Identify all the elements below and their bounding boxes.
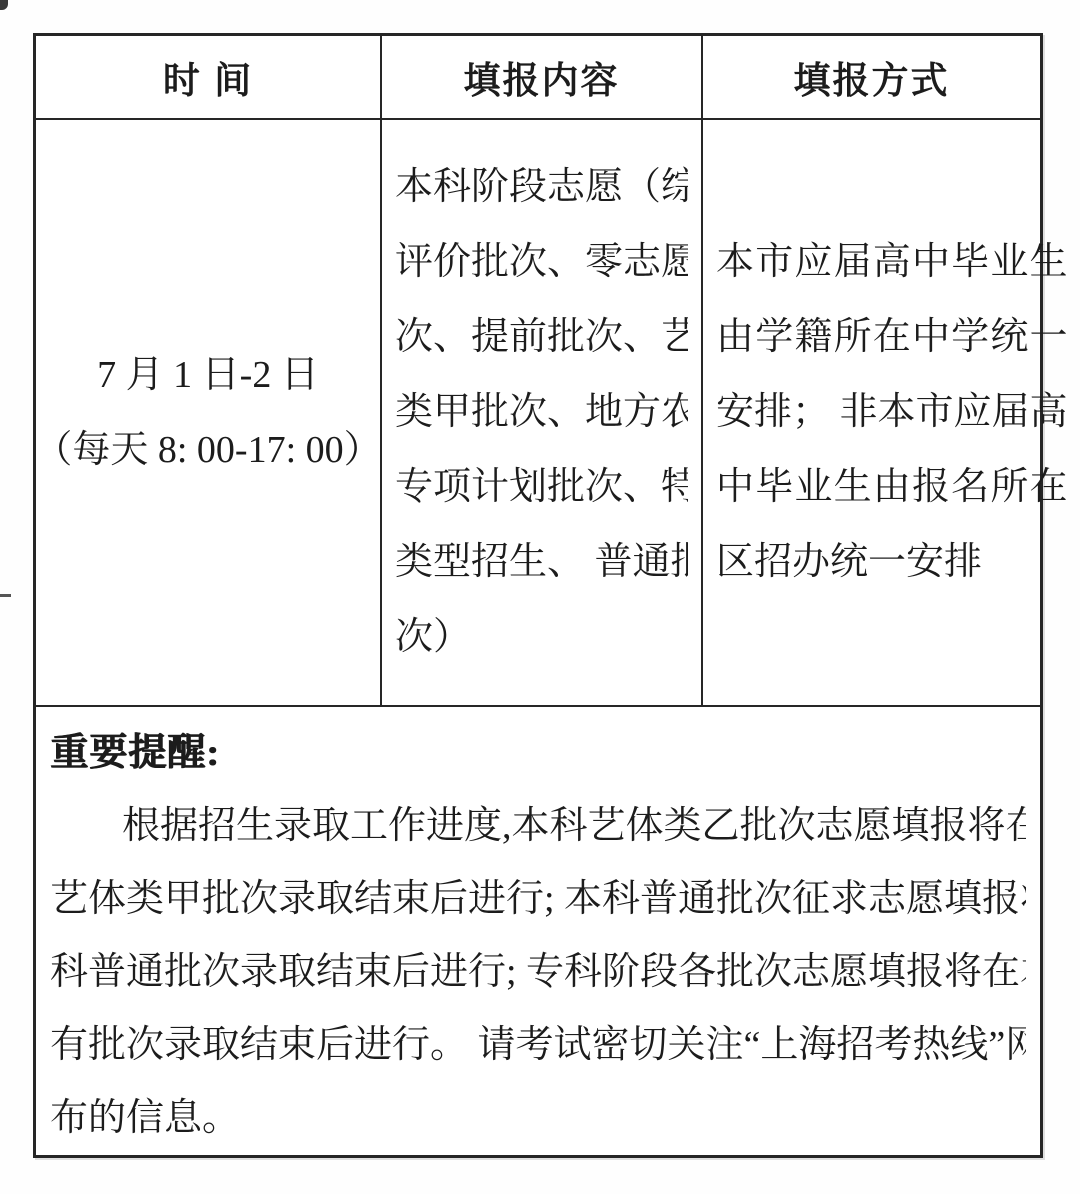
notice-paragraph-line-4: 布的信息。	[50, 1082, 1026, 1155]
cell-content-line-6: 次）	[395, 600, 688, 675]
notice-paragraph-line-3: 有批次录取结束后进行。 请考试密切关注“上海招考热线”网站发	[50, 1009, 1026, 1082]
notice-paragraph-line-1: 艺体类甲批次录取结束后进行; 本科普通批次征求志愿填报将在本	[50, 863, 1026, 936]
cell-content-line-2: 次、提前批次、艺体	[395, 300, 688, 375]
cell-content-line-3: 类甲批次、地方农村	[395, 375, 688, 450]
notice-paragraph-line-0: 根据招生录取工作进度,本科艺体类乙批次志愿填报将在本科	[50, 790, 1026, 863]
cell-content-line-4: 专项计划批次、特殊	[395, 450, 688, 525]
notice-paragraph-line-2: 科普通批次录取结束后进行; 专科阶段各批次志愿填报将在本科所	[50, 936, 1026, 1009]
notice-section: 重要提醒: 根据招生录取工作进度,本科艺体类乙批次志愿填报将在本科艺体类甲批次录…	[36, 707, 1040, 1155]
header-cell-content: 填报内容	[382, 36, 703, 118]
cell-method-line-3: 中毕业生由报名所在	[716, 450, 1068, 525]
scan-artifact-corner	[0, 0, 8, 10]
notice-paragraph: 根据招生录取工作进度,本科艺体类乙批次志愿填报将在本科艺体类甲批次录取结束后进行…	[50, 790, 1026, 1155]
cell-content-line-0: 本科阶段志愿（综合	[395, 150, 688, 225]
cell-content: 本科阶段志愿（综合评价批次、零志愿批次、提前批次、艺体类甲批次、地方农村专项计划…	[382, 120, 703, 705]
table-body-row: 7 月 1 日-2 日（每天 8: 00-17: 00） 本科阶段志愿（综合评价…	[36, 120, 1040, 707]
schedule-table: 时 间 填报内容 填报方式 7 月 1 日-2 日（每天 8: 00-17: 0…	[33, 33, 1043, 1158]
table-header-row: 时 间 填报内容 填报方式	[36, 36, 1040, 120]
cell-content-line-1: 评价批次、零志愿批	[395, 225, 688, 300]
document-page: 时 间 填报内容 填报方式 7 月 1 日-2 日（每天 8: 00-17: 0…	[0, 0, 1080, 1194]
cell-method-line-1: 由学籍所在中学统一	[716, 300, 1068, 375]
cell-time-line-0: 7 月 1 日-2 日	[97, 338, 319, 413]
cell-method: 本市应届高中毕业生由学籍所在中学统一安排； 非本市应届高中毕业生由报名所在区招办…	[703, 120, 1080, 705]
cell-method-line-2: 安排； 非本市应届高	[716, 375, 1068, 450]
cell-time-line-1: （每天 8: 00-17: 00）	[34, 413, 381, 488]
header-cell-time: 时 间	[36, 36, 382, 118]
notice-title: 重要提醒:	[50, 717, 1026, 790]
scan-artifact-dash	[0, 594, 11, 597]
cell-content-line-5: 类型招生、 普通批	[395, 525, 688, 600]
cell-time: 7 月 1 日-2 日（每天 8: 00-17: 00）	[36, 120, 382, 705]
header-cell-method: 填报方式	[703, 36, 1040, 118]
cell-method-line-0: 本市应届高中毕业生	[716, 225, 1068, 300]
cell-method-line-4: 区招办统一安排	[716, 525, 1068, 600]
